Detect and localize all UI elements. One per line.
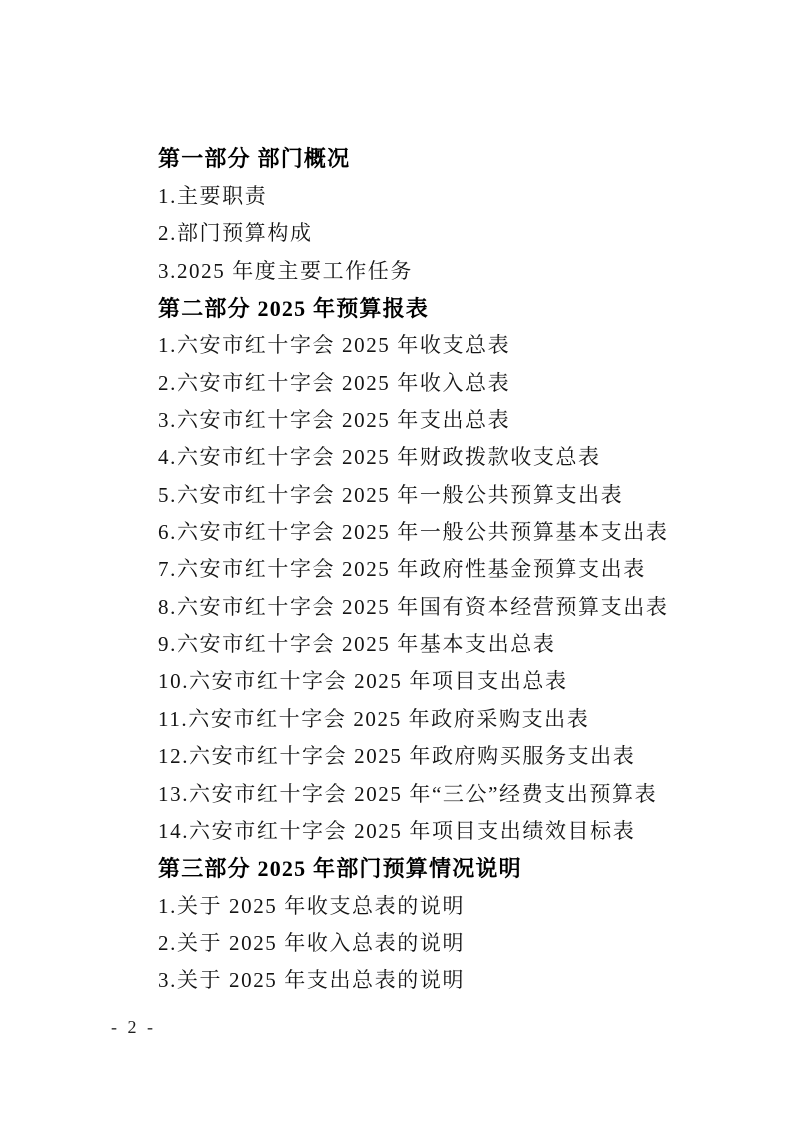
toc-item: 1.主要职责 (158, 176, 733, 213)
toc-item: 12.六安市红十字会 2025 年政府购买服务支出表 (158, 737, 733, 774)
toc-item: 13.六安市红十字会 2025 年“三公”经费支出预算表 (158, 774, 733, 811)
toc-item: 2.部门预算构成 (158, 214, 733, 251)
toc-item: 10.六安市红十字会 2025 年项目支出总表 (158, 662, 733, 699)
toc-item: 3.六安市红十字会 2025 年支出总表 (158, 400, 733, 437)
toc-item: 2.关于 2025 年收入总表的说明 (158, 923, 733, 960)
toc-item: 6.六安市红十字会 2025 年一般公共预算基本支出表 (158, 512, 733, 549)
toc-item: 14.六安市红十字会 2025 年项目支出绩效目标表 (158, 811, 733, 848)
toc-item: 3.关于 2025 年支出总表的说明 (158, 961, 733, 998)
page-number: - 2 - (111, 1017, 156, 1038)
toc-item: 11.六安市红十字会 2025 年政府采购支出表 (158, 699, 733, 736)
toc-section-heading-part1: 第一部分 部门概况 (158, 139, 733, 176)
toc-item: 1.六安市红十字会 2025 年收支总表 (158, 326, 733, 363)
toc-item: 7.六安市红十字会 2025 年政府性基金预算支出表 (158, 550, 733, 587)
toc-item: 8.六安市红十字会 2025 年国有资本经营预算支出表 (158, 587, 733, 624)
toc-section-heading-part2: 第二部分 2025 年预算报表 (158, 288, 733, 325)
toc-section-heading-part3: 第三部分 2025 年部门预算情况说明 (158, 849, 733, 886)
toc-item: 5.六安市红十字会 2025 年一般公共预算支出表 (158, 475, 733, 512)
toc-item: 2.六安市红十字会 2025 年收入总表 (158, 363, 733, 400)
toc-item: 1.关于 2025 年收支总表的说明 (158, 886, 733, 923)
toc-item: 4.六安市红十字会 2025 年财政拨款收支总表 (158, 438, 733, 475)
toc-item: 9.六安市红十字会 2025 年基本支出总表 (158, 624, 733, 661)
table-of-contents: 第一部分 部门概况 1.主要职责 2.部门预算构成 3.2025 年度主要工作任… (158, 139, 733, 998)
document-page: 第一部分 部门概况 1.主要职责 2.部门预算构成 3.2025 年度主要工作任… (0, 0, 793, 1122)
toc-item: 3.2025 年度主要工作任务 (158, 251, 733, 288)
